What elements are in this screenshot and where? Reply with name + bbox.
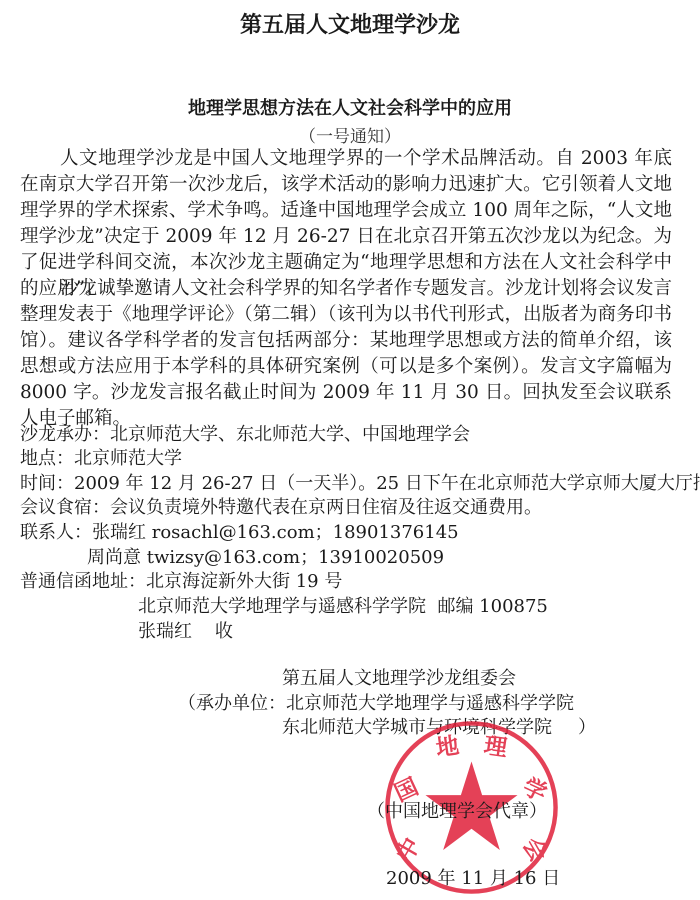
contact-email[interactable]: twizsy@163.com (147, 547, 300, 568)
time-line: 时间：2009 年 12 月 26-27 日（一天半）。25 日下午在北京师范大… (20, 472, 700, 496)
document-subtitle: 地理学思想方法在人文社会科学中的应用 (0, 94, 700, 120)
address-line: 北京海淀新外大街 19 号 (146, 571, 342, 592)
contact-name: 周尚意 (87, 547, 141, 568)
accommodation-line: 会议食宿：会议负责境外特邀代表在京两日住宿及往返交通费用。 (20, 496, 542, 520)
contact-row-2: 周尚意 twizsy@163.com；13910020509 (87, 546, 444, 570)
svg-text:会: 会 (517, 833, 552, 866)
document-date: 2009 年 11 月 16 日 (386, 864, 560, 890)
address-label: 普通信函地址： (20, 571, 146, 592)
seal-note: （中国地理学会代章） (367, 797, 547, 823)
svg-text:中: 中 (392, 834, 426, 867)
contact-phone: 18901376145 (333, 522, 459, 543)
contact-phone: 13910020509 (318, 547, 444, 568)
notice-label: （一号通知） (0, 122, 700, 147)
host-row-2: 东北师范大学城市与环境科学学院） (282, 713, 596, 739)
address-row: 普通信函地址：北京海淀新外大街 19 号 (20, 570, 342, 594)
contact-name: 张瑞红 (92, 522, 146, 543)
address-line: 北京师范大学地理学与遥感科学学院 邮编 100875 (138, 595, 548, 619)
address-line: 张瑞红 收 (138, 620, 233, 644)
committee-name: 第五届人文地理学沙龙组委会 (282, 664, 516, 690)
host-row-1: （承办单位：北京师范大学地理学与遥感科学学院 (178, 689, 574, 715)
paragraph-invitation: 沙龙诚挚邀请人文社会科学界的知名学者作专题发言。沙龙计划将会议发言整理发表于《地… (20, 276, 672, 432)
contact-row-1: 联系人：张瑞红 rosachl@163.com；18901376145 (20, 521, 459, 545)
organizers-line: 沙龙承办：北京师范大学、东北师范大学、中国地理学会 (20, 423, 470, 447)
host-unit: 东北师范大学城市与环境科学学院 (282, 717, 552, 738)
host-label: （承办单位： (178, 693, 286, 714)
location-line: 地点：北京师范大学 (20, 447, 182, 471)
host-unit: 北京师范大学地理学与遥感科学学院 (286, 693, 574, 714)
contact-email[interactable]: rosachl@163.com (152, 522, 315, 543)
document-title: 第五届人文地理学沙龙 (0, 8, 700, 39)
contact-label: 联系人： (20, 522, 92, 543)
host-close: ） (578, 717, 596, 738)
